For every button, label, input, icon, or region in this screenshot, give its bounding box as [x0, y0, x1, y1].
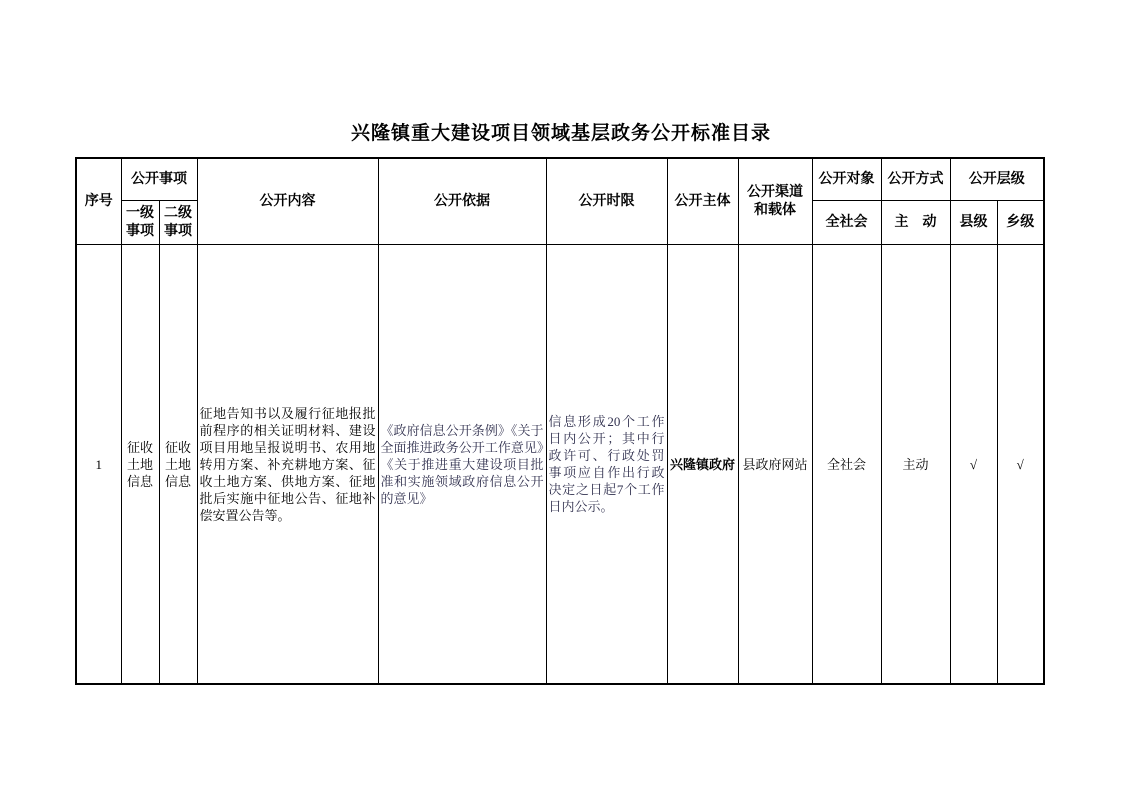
header-matter-level1: 一级事项 — [121, 201, 159, 245]
disclosure-catalog-table: 序号 公开事项 公开内容 公开依据 公开时限 公开主体 公开渠道和载体 公开对象… — [75, 157, 1045, 685]
page-title: 兴隆镇重大建设项目领域基层政务公开标准目录 — [0, 118, 1122, 145]
header-target-sub: 全社会 — [812, 201, 881, 245]
header-method-sub: 主 动 — [881, 201, 950, 245]
header-time-limit: 公开时限 — [546, 158, 667, 245]
header-serial: 序号 — [76, 158, 121, 245]
cell-subject: 兴隆镇政府 — [667, 245, 738, 685]
cell-matter-level2: 征收土地信息 — [159, 245, 197, 685]
header-matter-level2: 二级事项 — [159, 201, 197, 245]
cell-serial: 1 — [76, 245, 121, 685]
header-content: 公开内容 — [197, 158, 378, 245]
cell-time-limit: 信息形成20个工作日内公开；其中行政许可、行政处罚事项应自作出行政决定之日起7个… — [546, 245, 667, 685]
cell-target: 全社会 — [812, 245, 881, 685]
cell-method: 主动 — [881, 245, 950, 685]
township-level-checkmark: √ — [997, 245, 1044, 685]
header-level-county: 县级 — [950, 201, 997, 245]
header-level-group: 公开层级 — [950, 158, 1044, 201]
cell-basis: 《政府信息公开条例》《关于全面推进政务公开工作意见》《关于推进重大建设项目批准和… — [378, 245, 546, 685]
header-method-group: 公开方式 — [881, 158, 950, 201]
header-channel: 公开渠道和载体 — [738, 158, 812, 245]
cell-content: 征地告知书以及履行征地报批前程序的相关证明材料、建设项目用地呈报说明书、农用地转… — [197, 245, 378, 685]
header-target-group: 公开对象 — [812, 158, 881, 201]
header-basis: 公开依据 — [378, 158, 546, 245]
header-matter-group: 公开事项 — [121, 158, 197, 201]
cell-matter-level1: 征收土地信息 — [121, 245, 159, 685]
header-level-township: 乡级 — [997, 201, 1044, 245]
table-row: 1 征收土地信息 征收土地信息 征地告知书以及履行征地报批前程序的相关证明材料、… — [76, 245, 1044, 685]
cell-channel: 县政府网站 — [738, 245, 812, 685]
header-subject: 公开主体 — [667, 158, 738, 245]
county-level-checkmark: √ — [950, 245, 997, 685]
